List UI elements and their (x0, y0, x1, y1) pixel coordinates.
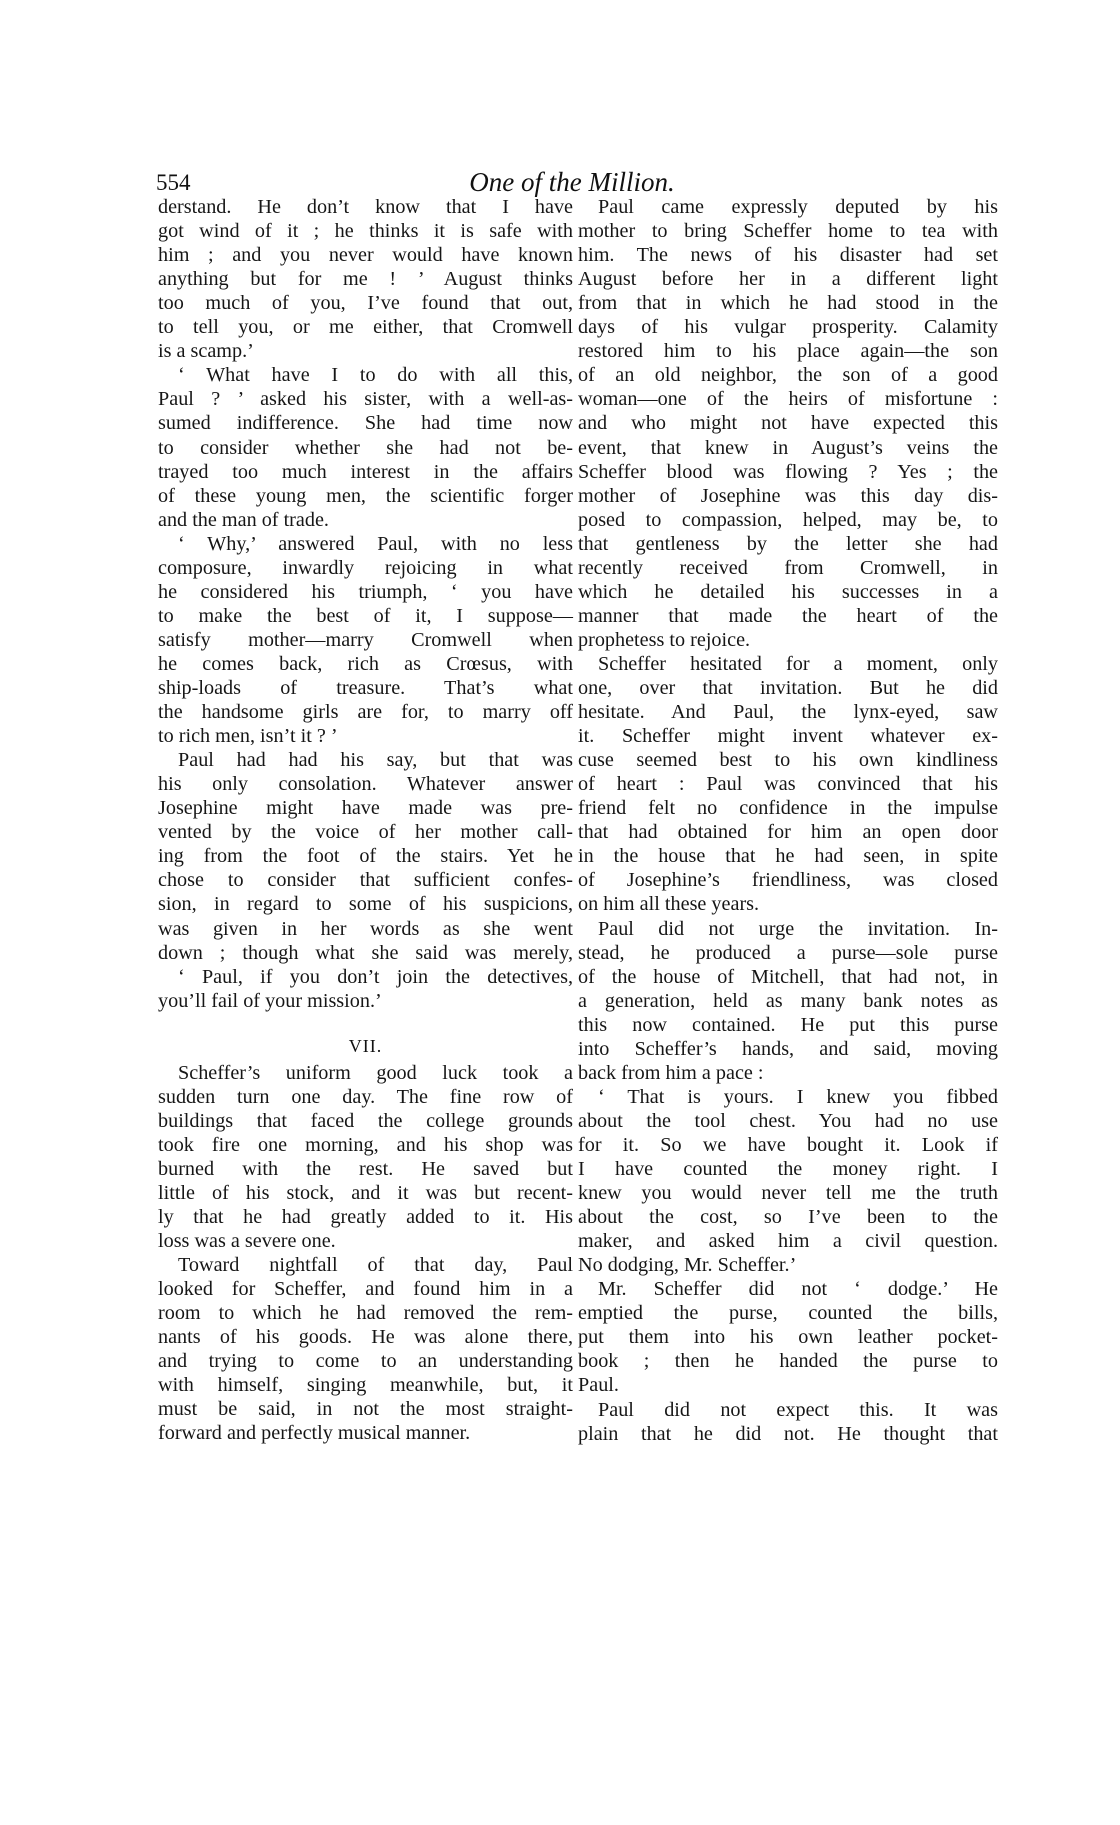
text-line: forward and perfectly musical manner. (158, 1420, 573, 1448)
book-page: 554 One of the Million. derstand. He don… (0, 0, 1120, 1825)
text-line: you’ll fail of your mission.’ (158, 988, 573, 1016)
text-line: plain that he did not. He thought that (578, 1421, 998, 1449)
section-heading: VII. (158, 1036, 573, 1057)
